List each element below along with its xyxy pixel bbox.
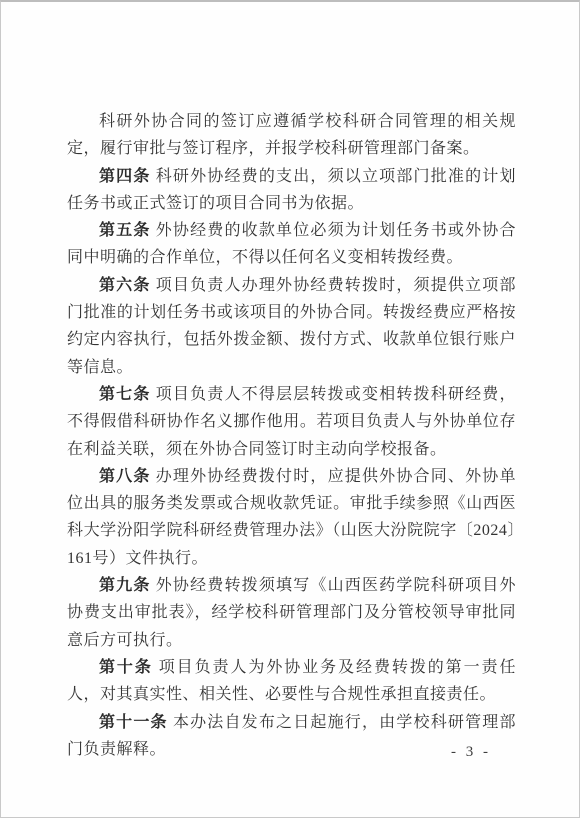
- article-label: 第九条: [99, 577, 151, 594]
- article-label: 第四条: [99, 168, 151, 185]
- paragraph: 第十一条 本办法自发布之日起施行，由学校科研管理部门负责解释。: [67, 709, 516, 764]
- paragraph: 第十条 项目负责人为外协业务及经费转拨的第一责任人，对其真实性、相关性、必要性与…: [67, 654, 516, 709]
- paragraph: 第七条 项目负责人不得层层转拨或变相转拨科研经费，不得假借科研协作名义挪作他用。…: [67, 381, 516, 463]
- article-label: 第十一条: [99, 714, 168, 731]
- article-label: 第八条: [99, 468, 151, 485]
- paragraph: 第四条 科研外协经费的支出，须以立项部门批准的计划任务书或正式签订的项目合同书为…: [67, 163, 516, 218]
- paragraph: 第八条 办理外协经费拨付时，应提供外协合同、外协单位出具的服务类发票或合规收款凭…: [67, 463, 516, 572]
- paragraph: 第五条 外协经费的收款单位必须为计划任务书或外协合同中明确的合作单位，不得以任何…: [67, 217, 516, 272]
- paragraph: 科研外协合同的签订应遵循学校科研合同管理的相关规定，履行审批与签订程序，并报学校…: [67, 108, 516, 163]
- article-label: 第十条: [99, 659, 153, 676]
- article-label: 第五条: [99, 222, 151, 239]
- article-label: 第七条: [99, 386, 151, 403]
- article-label: 第六条: [99, 277, 151, 294]
- paragraph: 第六条 项目负责人办理外协经费转拨时，须提供立项部门批准的计划任务书或该项目的外…: [67, 272, 516, 381]
- page-number: - 3 -: [451, 744, 491, 761]
- document-page: 科研外协合同的签订应遵循学校科研合同管理的相关规定，履行审批与签订程序，并报学校…: [0, 0, 580, 818]
- document-body: 科研外协合同的签订应遵循学校科研合同管理的相关规定，履行审批与签订程序，并报学校…: [67, 108, 516, 763]
- paragraph-text: 科研外协合同的签订应遵循学校科研合同管理的相关规定，履行审批与签订程序，并报学校…: [67, 113, 516, 157]
- paragraph: 第九条 外协经费转拨须填写《山西医药学院科研项目外协费支出审批表》，经学校科研管…: [67, 572, 516, 654]
